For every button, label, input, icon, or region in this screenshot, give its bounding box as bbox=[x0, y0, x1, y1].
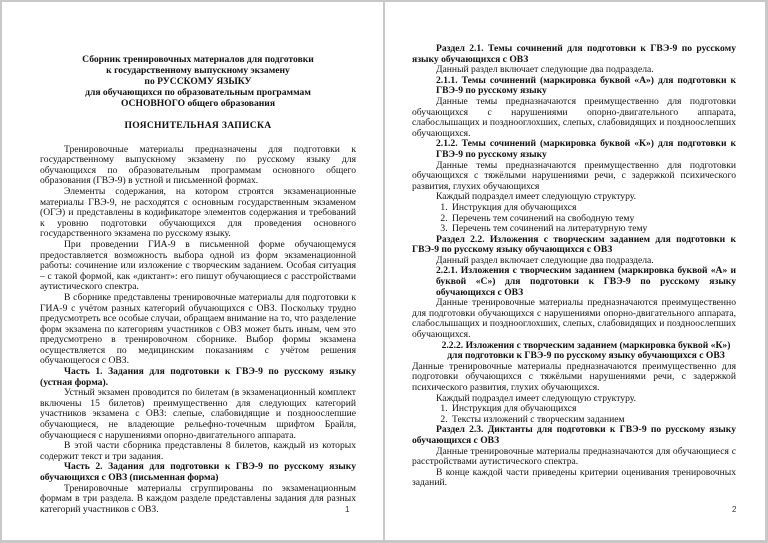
section-2-2-heading: Раздел 2.2. Изложения с творческим задан… bbox=[412, 235, 736, 256]
title-line: ОСНОВНОГО общего образования bbox=[40, 98, 356, 109]
paragraph: Элементы содержания, на котором строятся… bbox=[40, 187, 356, 240]
page-number: 1 bbox=[345, 505, 349, 514]
title-line: Сборник тренировочных материалов для под… bbox=[40, 54, 356, 65]
page-2: Раздел 2.1. Темы сочинений для подготовк… bbox=[385, 2, 765, 540]
title-line: к государственному выпускному экзамену bbox=[40, 65, 356, 76]
part2-heading: Часть 2. Задания для подготовки к ГВЭ-9 … bbox=[40, 462, 356, 483]
page-1: Сборник тренировочных материалов для под… bbox=[2, 2, 383, 540]
paragraph: Данные темы предназначаются преимуществе… bbox=[412, 97, 736, 139]
subsection-2-1-1-heading: 2.1.1. Темы сочинений (маркировка буквой… bbox=[412, 76, 736, 97]
paragraph: Данные тренировочные материалы предназна… bbox=[412, 298, 736, 340]
paragraph: Данные темы предназначаются преимуществе… bbox=[412, 161, 736, 193]
paragraph: Данные тренировочные материалы предназна… bbox=[412, 447, 736, 468]
paragraph: В этой части сборника представлены 8 бил… bbox=[40, 441, 356, 462]
structure-list: Инструкция для обучающихся Тексты изложе… bbox=[412, 404, 736, 425]
paragraph: При проведении ГИА-9 в письменной форме … bbox=[40, 240, 356, 293]
section-2-1-heading: Раздел 2.1. Темы сочинений для подготовк… bbox=[412, 44, 736, 65]
subsection-2-1-2-heading: 2.1.2. Темы сочинений (маркировка буквой… bbox=[412, 139, 736, 160]
paragraph: В сборнике представлены тренировочные ма… bbox=[40, 293, 356, 367]
explanatory-note-heading: ПОЯСНИТЕЛЬНАЯ ЗАПИСКА bbox=[40, 121, 356, 132]
part1-heading: Часть 1. Задания для подготовки к ГВЭ-9 … bbox=[40, 367, 356, 388]
paragraph: В конце каждой части приведены критерии … bbox=[412, 468, 736, 489]
list-item: Инструкция для обучающихся bbox=[450, 203, 736, 214]
page-number: 2 bbox=[732, 505, 736, 514]
document-title: Сборник тренировочных материалов для под… bbox=[40, 54, 356, 109]
page-2-content: Раздел 2.1. Темы сочинений для подготовк… bbox=[412, 44, 736, 489]
paragraph: Данные тренировочные материалы предназна… bbox=[412, 362, 736, 394]
paragraph: Устный экзамен проводится по билетам (в … bbox=[40, 388, 356, 441]
paragraph: Тренировочные материалы сгруппированы по… bbox=[40, 484, 356, 516]
title-line: по РУССКОМУ ЯЗЫКУ bbox=[40, 76, 356, 87]
paragraph: Тренировочные материалы предназначены дл… bbox=[40, 145, 356, 187]
subsection-2-2-1-heading: 2.2.1. Изложения с творческим заданием (… bbox=[412, 266, 736, 298]
section-2-3-heading: Раздел 2.3. Диктанты для подготовки к ГВ… bbox=[412, 425, 736, 446]
page-1-content: Сборник тренировочных материалов для под… bbox=[40, 54, 356, 515]
subsection-2-2-2-heading: 2.2.2. Изложения с творческим заданием (… bbox=[412, 341, 736, 362]
title-line: для обучающихся по образовательным прогр… bbox=[40, 87, 356, 98]
structure-list: Инструкция для обучающихся Перечень тем … bbox=[412, 203, 736, 235]
